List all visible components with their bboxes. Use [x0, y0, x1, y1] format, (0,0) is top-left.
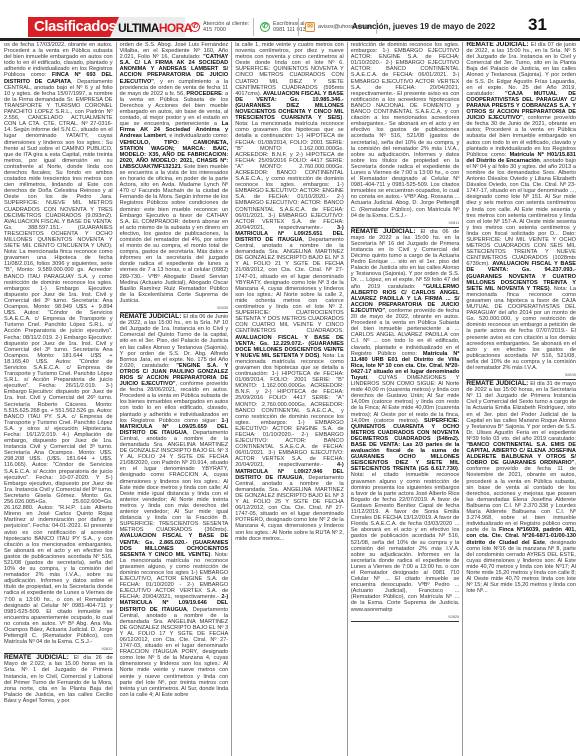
ad-body-text: El día 06 de mayo de 2022 a las 15:00 hs… — [351, 229, 460, 290]
column-1: os de fecha 17/03/2022, obrante en autos… — [1, 42, 117, 756]
ad-code: 92835 — [120, 305, 229, 310]
ad-body-text: , conforme proveído de fecha 11 de Novie… — [466, 460, 576, 533]
ad-body-text: , conforme proveído de fecha 28/06/2021,… — [120, 381, 229, 424]
ad-code: 92811 — [351, 220, 460, 225]
ad-body-text: : a la venta en Pública Subasta de los D… — [120, 91, 229, 127]
envelope-icon: ✉ — [305, 22, 315, 32]
column-2: orden de S.S. Abog. José Luis Fernández … — [117, 42, 233, 756]
phone-contact: ✆ Atención al cliente:415 7000 — [190, 18, 249, 36]
column-5: REMATE JUDICIAL: El día 07 de junio de 2… — [463, 42, 579, 756]
ad-body-text: . Nota: La mencionada finca reconoce com… — [466, 286, 576, 371]
classified-ad: REMATE JUDICIAL: El día 31 de mayo de 20… — [466, 381, 576, 594]
ad-body-text: restricción de dominio reconoce los sgte… — [351, 42, 460, 219]
page-header: Clasificados ULTIMAHORA ✆ Atención al cl… — [0, 0, 580, 40]
ad-body-text: , Departamento Central, anotado a nombre… — [235, 237, 344, 334]
ad-body-text: , Departamento CENTRAL, anotado bajo el … — [4, 79, 113, 646]
ad-body-text: El día 31 de mayo de 2022 a las 15:00 ho… — [466, 381, 576, 442]
classified-ad: restricción de dominio reconoce los sgte… — [351, 42, 460, 219]
classified-ad: orden de S.S. Abog. José Luis Fernández … — [120, 42, 229, 304]
ad-body-text: , conforme proveído de fecha 20 de mayo … — [351, 308, 460, 357]
phone-value: 415 7000 — [203, 27, 226, 33]
ad-code: 92825 — [351, 614, 460, 619]
logo-part-2: HORA — [159, 21, 192, 35]
classifieds-columns: os de fecha 17/03/2022, obrante en autos… — [1, 42, 579, 756]
ad-body-text: , Departamento Central, anotado a nombre… — [120, 430, 229, 534]
ad-body-text: . Nota: La mencionada matrícula reconoce… — [235, 353, 344, 469]
ad-body-text: , designado como lote Nº16 de la manzana… — [466, 540, 576, 595]
ad-body-text: la calle 1, mide veinte y cuatro metros … — [235, 42, 344, 97]
page-number: 31 — [528, 15, 547, 35]
ad-bold-text: SUPERFICIE: QUINIENTOS CUARENTA Y OCHO M… — [351, 418, 460, 473]
ad-body-text: . Nota: La mencionada matrícula reconoce… — [235, 115, 344, 231]
ad-body-text: . Este bien mueble se encuentra a la vis… — [120, 164, 229, 304]
classified-ad: REMATE JUDICIAL: El día 26 de Mayo de 2.… — [4, 655, 113, 704]
ad-body-text: . Nota: el citado inmueble reconoce grav… — [351, 466, 460, 612]
ad-body-text: , Departamento Central, anotado a nombre… — [120, 607, 229, 698]
ad-body-text: , Departamento Central, anotado a nombre… — [235, 475, 344, 542]
column-4: restricción de dominio reconoce los sgte… — [348, 42, 464, 756]
classified-ad: REMATE JUDICIAL: El día 07 de junio de 2… — [466, 42, 576, 371]
ad-body-text: El día 07 de junio de 2022, a las 15:00 … — [466, 42, 576, 97]
classified-ad: os de fecha 17/03/2022, obrante en autos… — [4, 42, 113, 645]
header-rule — [0, 38, 580, 41]
column-3: la calle 1, mide veinte y cuatro metros … — [232, 42, 348, 756]
ad-heading: REMATE JUDICIAL: — [351, 228, 421, 235]
whatsapp-icon: ✆ — [260, 22, 270, 32]
issue-date: Asunción, jueves 19 de mayo de 2022 — [352, 22, 495, 31]
ad-heading: REMATE JUDICIAL: — [466, 380, 530, 387]
logo-part-1: ULTIMA — [118, 21, 159, 35]
ad-bold-text: PROCEDERE — [186, 91, 221, 97]
ad-bold-text: "BANCO CONTINENTAL S.A. EMIS DE CAPITAL … — [466, 442, 576, 466]
classified-ad: REMATE JUDICIAL: El día 06 de Junio de 2… — [120, 314, 229, 698]
section-title: Clasificados — [28, 17, 123, 37]
ad-code: 92812 — [4, 646, 113, 651]
phone-icon: ✆ — [190, 22, 200, 32]
ad-body-text: , anotado bajo el Nº 04 y al folio 30 y … — [466, 158, 576, 268]
classified-ad: la calle 1, mide veinte y cuatro metros … — [235, 42, 344, 542]
ad-body-text: , CUYAS DIMENSIONES Y LINDEROS SON COMO … — [351, 375, 460, 424]
ad-body-text: El día 26 de Mayo de 2.022, a las 15.00 … — [4, 655, 113, 704]
newspaper-logo: ULTIMAHORA — [118, 20, 192, 36]
ad-heading: REMATE JUDICIAL: — [120, 313, 184, 320]
ad-separator — [351, 621, 460, 622]
classified-ad: REMATE JUDICIAL: El día 06 de mayo de 20… — [351, 229, 460, 613]
ad-body-text: . Nota: La mencionada matrícula no recon… — [120, 552, 229, 601]
ad-body-text: El día 06 de Junio de 2022, a las 15:00 … — [120, 314, 229, 369]
ad-code: 92839 — [466, 372, 576, 377]
ad-body-text: , e individualizado como: — [166, 133, 228, 139]
ad-heading: REMATE JUDICIAL: — [4, 654, 74, 661]
